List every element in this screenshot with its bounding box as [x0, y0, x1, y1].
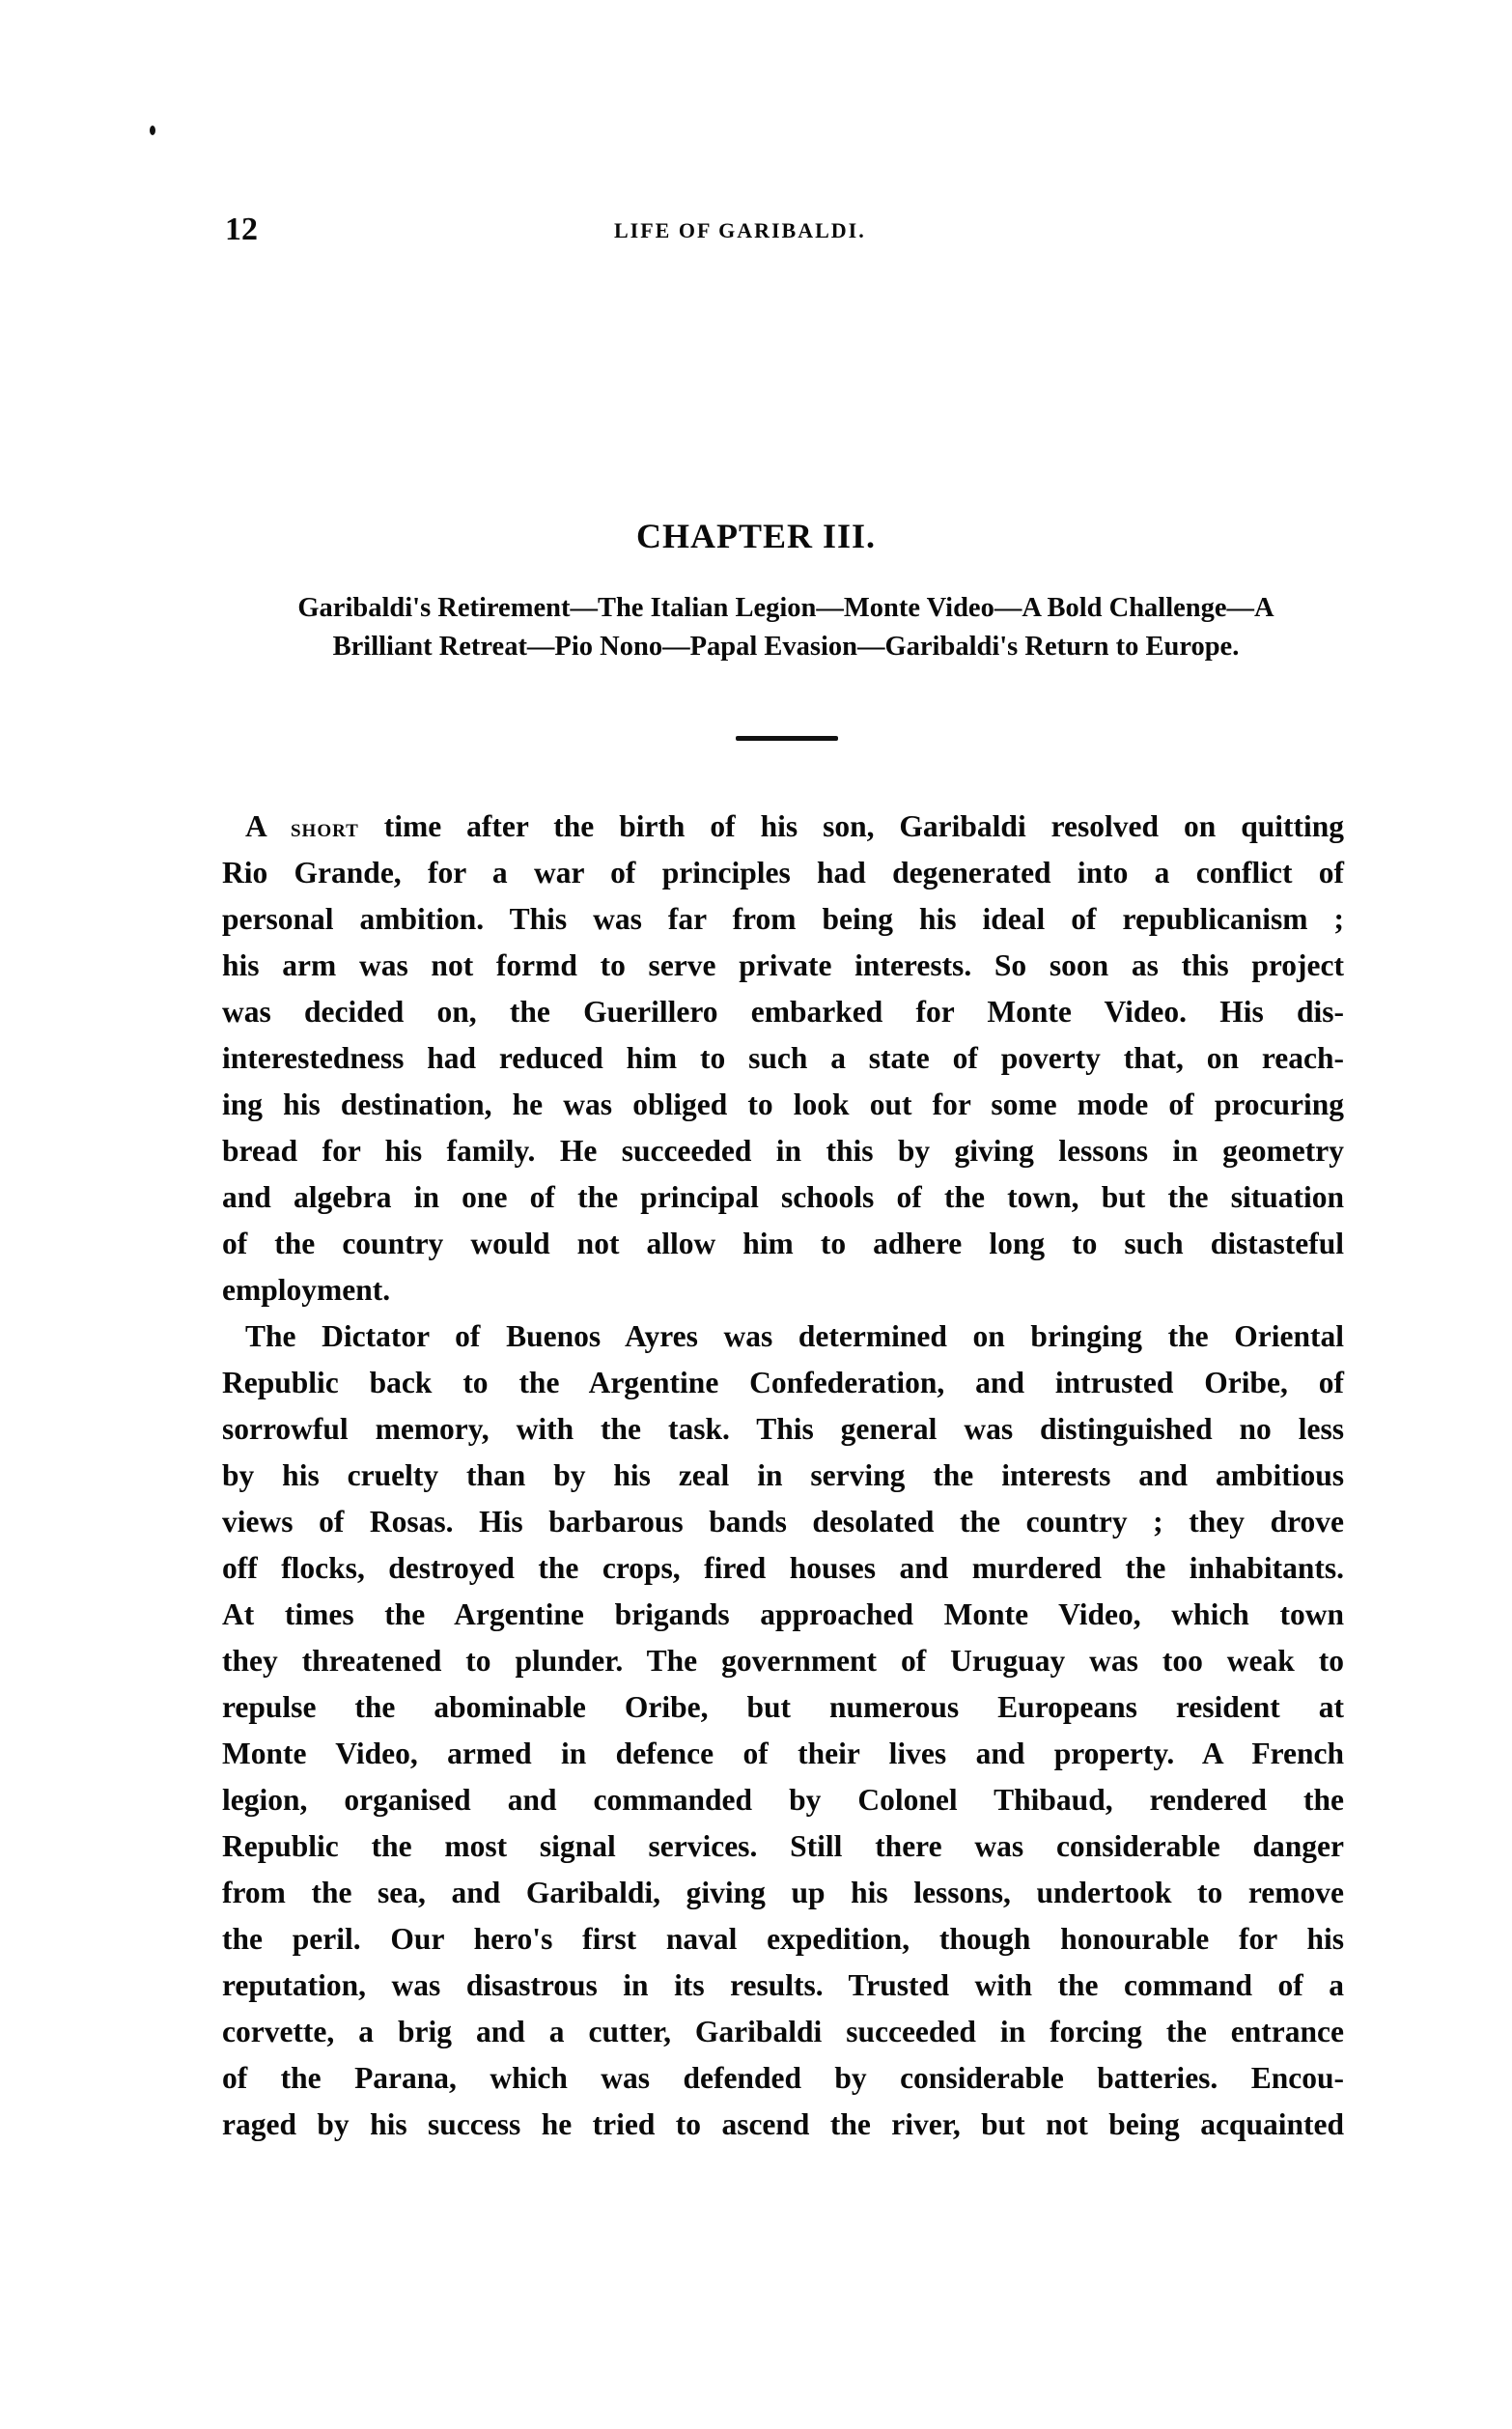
text-line: was decided on, the Guerillero embarked … — [222, 989, 1344, 1035]
text-line: Republic back to the Argentine Confedera… — [222, 1360, 1344, 1406]
text-line: from the sea, and Garibaldi, giving up h… — [222, 1870, 1344, 1916]
chapter-summary: Garibaldi's Retirement—The Italian Legio… — [226, 589, 1346, 666]
chapter-summary-line: Garibaldi's Retirement—The Italian Legio… — [226, 589, 1346, 628]
text-line: Monte Video, armed in defence of their l… — [222, 1731, 1344, 1777]
section-divider — [736, 736, 838, 741]
running-header: 12 LIFE OF GARIBALDI. — [225, 211, 1345, 249]
chapter-title: CHAPTER III. — [0, 512, 1512, 560]
scan-speck — [150, 126, 155, 135]
text-line: At times the Argentine brigands approach… — [222, 1592, 1344, 1638]
text-line: The Dictator of Buenos Ayres was determi… — [222, 1313, 1344, 1360]
running-title: LIFE OF GARIBALDI. — [614, 216, 866, 245]
page-number: 12 — [225, 211, 258, 249]
paragraph-2: The Dictator of Buenos Ayres was determi… — [222, 1313, 1344, 2148]
paragraph-1: A short time after the birth of his son,… — [222, 804, 1344, 1313]
body-text: A short time after the birth of his son,… — [222, 804, 1344, 2148]
text-line: interestedness had reduced him to such a… — [222, 1035, 1344, 1082]
opening-small-caps: short — [291, 813, 359, 842]
text-line: repulse the abominable Oribe, but numero… — [222, 1684, 1344, 1731]
text-line-rest: time after the birth of his son, Garibal… — [359, 809, 1344, 843]
text-line: ing his destination, he was obliged to l… — [222, 1082, 1344, 1128]
text-line: sorrowful memory, with the task. This ge… — [222, 1406, 1344, 1453]
text-line: his arm was not formd to serve private i… — [222, 943, 1344, 989]
text-line: by his cruelty than by his zeal in servi… — [222, 1453, 1344, 1499]
text-line: the peril. Our hero's first naval expedi… — [222, 1916, 1344, 1963]
opening-word: A — [245, 809, 266, 843]
text-line: raged by his success he tried to ascend … — [222, 2102, 1344, 2148]
text-line: employment. — [222, 1267, 1344, 1313]
text-line: personal ambition. This was far from bei… — [222, 896, 1344, 943]
chapter-summary-line: Brilliant Retreat—Pio Nono—Papal Evasion… — [226, 628, 1346, 666]
text-line: bread for his family. He succeeded in th… — [222, 1128, 1344, 1174]
text-line: of the country would not allow him to ad… — [222, 1221, 1344, 1267]
text-line: Rio Grande, for a war of principles had … — [222, 850, 1344, 896]
text-line: of the Parana, which was defended by con… — [222, 2055, 1344, 2102]
text-line: they threatened to plunder. The governme… — [222, 1638, 1344, 1684]
text-line: and algebra in one of the principal scho… — [222, 1174, 1344, 1221]
text-line: reputation, was disastrous in its result… — [222, 1963, 1344, 2009]
text-line: corvette, a brig and a cutter, Garibaldi… — [222, 2009, 1344, 2055]
text-line: views of Rosas. His barbarous bands deso… — [222, 1499, 1344, 1545]
text-line: legion, organised and commanded by Colon… — [222, 1777, 1344, 1823]
text-line: Republic the most signal services. Still… — [222, 1823, 1344, 1870]
text-line: off flocks, destroyed the crops, fired h… — [222, 1545, 1344, 1592]
text-line: A short time after the birth of his son,… — [222, 804, 1344, 850]
